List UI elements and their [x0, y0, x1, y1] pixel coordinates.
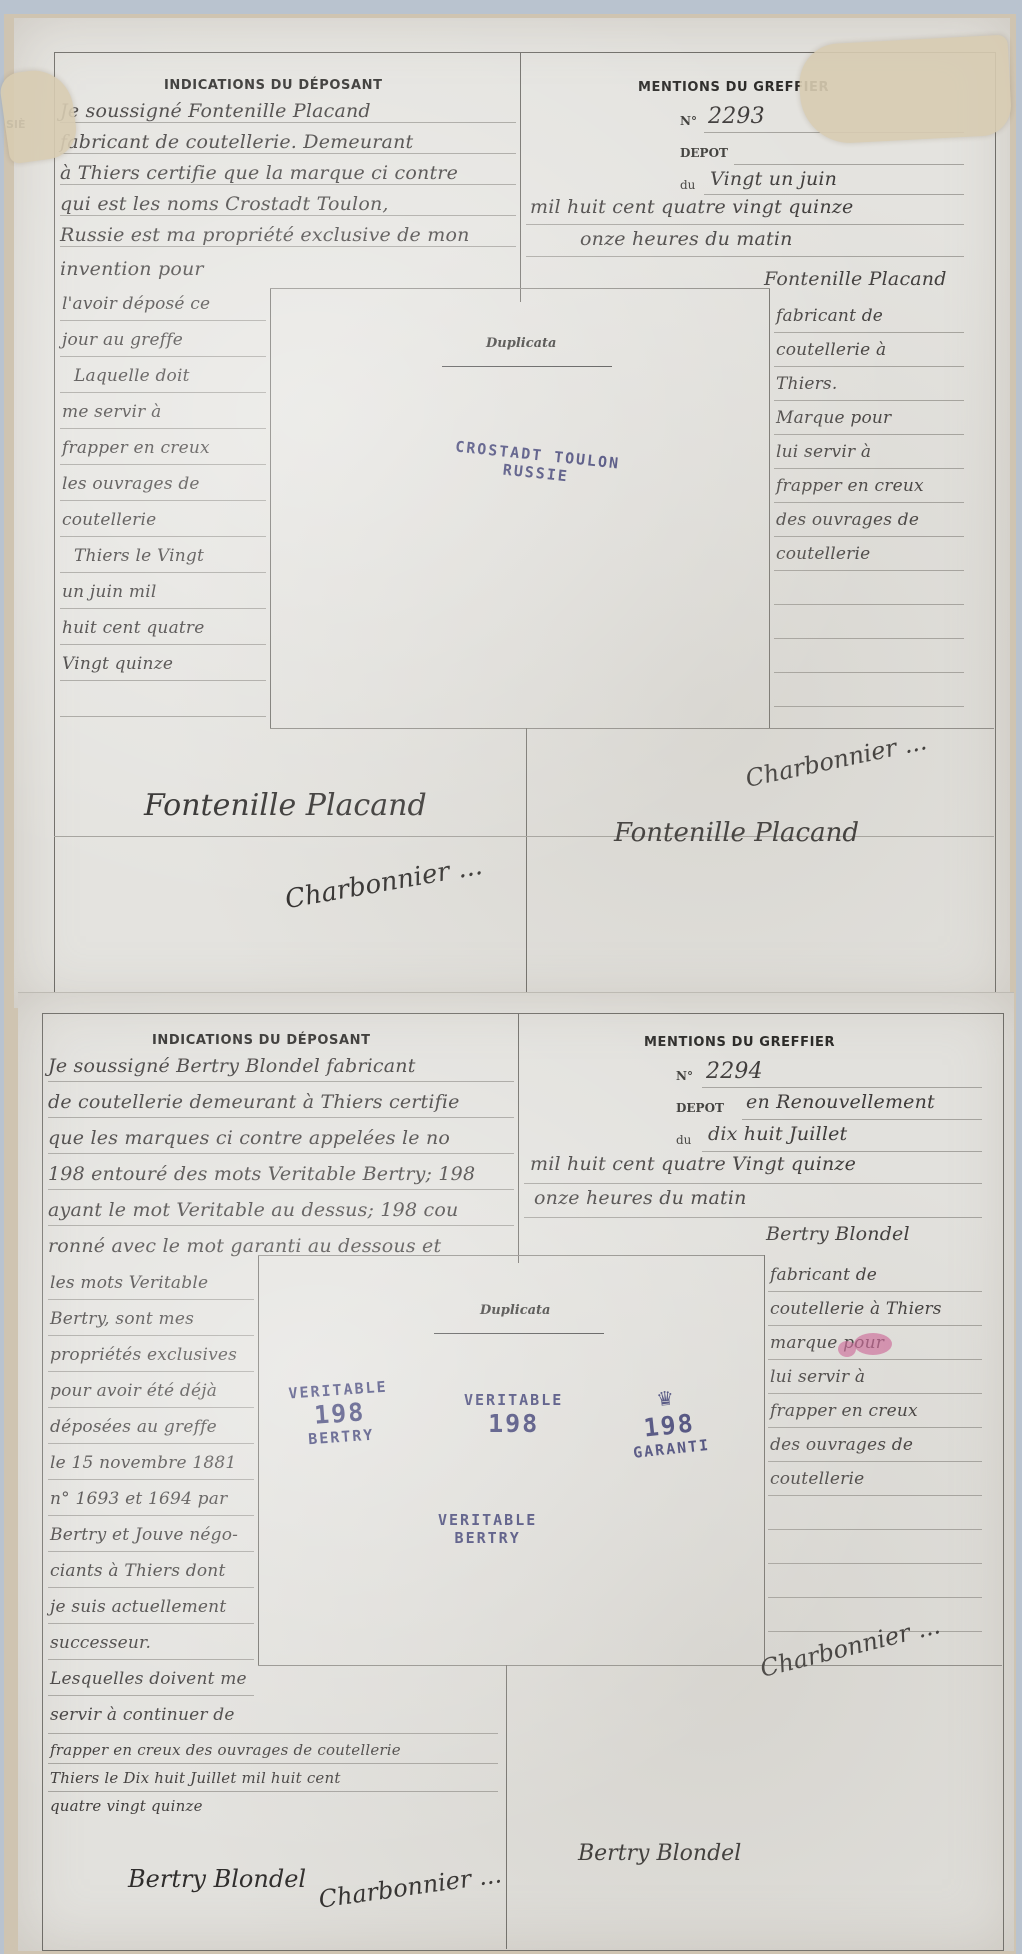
number-label: N° — [680, 114, 697, 128]
handwritten-line: à Thiers certifie que la marque ci contr… — [60, 162, 458, 184]
handwritten-line: Thiers. — [776, 374, 837, 394]
ruled-line — [60, 356, 266, 357]
registration-number: 2293 — [708, 104, 765, 129]
handwritten-line: frapper en creux des ouvrages de coutell… — [50, 1741, 401, 1759]
handwritten-line: Vingt quinze — [62, 654, 173, 674]
tape-fragment — [798, 35, 1013, 146]
handwritten-line: Fontenille Placand — [764, 268, 947, 290]
ruled-line — [48, 1189, 514, 1190]
handwritten-line: ciants à Thiers dont — [50, 1561, 225, 1581]
ruled-line — [768, 1291, 982, 1292]
handwritten-line: successeur. — [50, 1633, 151, 1653]
ruled-line — [48, 1587, 254, 1588]
depositant-header: INDICATIONS DU DÉPOSANT — [152, 1033, 371, 1048]
column-divider — [764, 1255, 765, 1665]
handwritten-line: Laquelle doit — [74, 366, 190, 386]
handwritten-line: invention pour — [60, 258, 204, 280]
ruled-line — [768, 1563, 982, 1564]
stamp-text: VERITABLE — [464, 1391, 563, 1409]
ruled-line — [768, 1359, 982, 1360]
section-divider — [270, 288, 770, 289]
handwritten-line: huit cent quatre — [62, 618, 205, 638]
handwritten-line: un juin mil — [62, 582, 157, 602]
trademark-stamp-crown-198-garanti: ♛ 198 GARANTI — [626, 1379, 711, 1462]
handwritten-line: me servir à — [62, 402, 161, 422]
ruled-line — [60, 608, 266, 609]
handwritten-line: l'avoir déposé ce — [62, 294, 210, 314]
ruled-line — [774, 332, 964, 333]
deposit-date: Vingt un juin — [710, 168, 837, 190]
ruled-line — [704, 194, 964, 195]
ruled-line — [48, 1479, 254, 1480]
handwritten-line: déposées au greffe — [50, 1417, 217, 1437]
handwritten-line: Je soussigné Bertry Blondel fabricant — [48, 1055, 416, 1077]
handwritten-line: frapper en creux — [62, 438, 210, 458]
record-sheet-2293: INDICATIONS DU DÉPOSANT MENTIONS DU GREF… — [14, 18, 1010, 1008]
column-divider — [270, 288, 271, 728]
ruled-line — [774, 468, 964, 469]
duplicata-underline — [434, 1333, 604, 1334]
handwritten-line: le 15 novembre 1881 — [50, 1453, 236, 1473]
handwritten-line: coutellerie — [62, 510, 156, 530]
handwritten-line: fabricant de — [770, 1265, 877, 1285]
handwritten-line: mil huit cent quatre Vingt quinze — [530, 1153, 856, 1175]
ruled-line — [60, 184, 516, 185]
ruled-line — [48, 1515, 254, 1516]
handwritten-line: ayant le mot Veritable au dessus; 198 co… — [48, 1199, 458, 1221]
depot-label: DEPOT — [680, 146, 728, 160]
depositant-header: INDICATIONS DU DÉPOSANT — [164, 78, 383, 93]
column-divider — [520, 52, 521, 302]
number-label: N° — [676, 1069, 693, 1083]
section-divider — [270, 728, 994, 729]
ruled-line — [60, 246, 516, 247]
ruled-line — [48, 1371, 254, 1372]
ruled-line — [774, 638, 964, 639]
ruled-line — [48, 1299, 254, 1300]
ruled-line — [48, 1763, 498, 1764]
handwritten-line: 198 entouré des mots Veritable Bertry; 1… — [48, 1163, 475, 1185]
ruled-line — [48, 1551, 254, 1552]
ruled-line — [48, 1407, 254, 1408]
handwritten-line: les ouvrages de — [62, 474, 200, 494]
record-sheet-2294: INDICATIONS DU DÉPOSANT MENTIONS DU GREF… — [18, 992, 1014, 1951]
column-divider — [518, 1013, 519, 1263]
handwritten-line: Russie est ma propriété exclusive de mon — [60, 224, 470, 246]
trademark-stamp-veritable-198-bertry: VERITABLE 198 BERTRY — [288, 1378, 392, 1450]
handwritten-line: pour avoir été déjà — [50, 1381, 217, 1401]
ruled-line — [60, 500, 266, 501]
ruled-line — [734, 164, 964, 165]
ruled-line — [768, 1461, 982, 1462]
handwritten-line: lui servir à — [776, 442, 871, 462]
handwritten-line: fabricant de — [776, 306, 883, 326]
handwritten-line: mil huit cent quatre vingt quinze — [530, 196, 853, 218]
handwritten-line: ronné avec le mot garanti au dessous et — [48, 1235, 441, 1257]
ruled-line — [768, 1495, 982, 1496]
trademark-stamp-veritable-bertry: VERITABLE BERTRY — [438, 1511, 537, 1547]
depositant-signature-copy: Fontenille Placand — [614, 818, 859, 848]
ruled-line — [702, 1151, 982, 1152]
ruled-line — [768, 1597, 982, 1598]
greffier-header: MENTIONS DU GREFFIER — [644, 1035, 835, 1050]
ruled-line — [48, 1623, 254, 1624]
ruled-line — [526, 224, 964, 225]
ruled-line — [48, 1733, 498, 1734]
ruled-line — [48, 1153, 514, 1154]
handwritten-line: n° 1693 et 1694 par — [50, 1489, 227, 1509]
handwritten-line: Thiers le Vingt — [74, 546, 204, 566]
handwritten-line: servir à continuer de — [50, 1705, 235, 1725]
handwritten-line: je suis actuellement — [50, 1597, 226, 1617]
du-label: du — [680, 178, 695, 192]
depositant-signature-copy: Bertry Blondel — [578, 1841, 741, 1866]
handwritten-line: Lesquelles doivent me — [50, 1669, 247, 1689]
ruled-line — [768, 1393, 982, 1394]
section-divider — [258, 1665, 1002, 1666]
ruled-line — [60, 716, 266, 717]
ruled-line — [526, 256, 964, 257]
ruled-line — [774, 570, 964, 571]
handwritten-line: lui servir à — [770, 1367, 865, 1387]
handwritten-line: des ouvrages de — [776, 510, 919, 530]
deposit-date: dix huit Juillet — [708, 1123, 847, 1145]
ink-stain — [854, 1333, 892, 1355]
handwritten-line: Thiers le Dix huit Juillet mil huit cent — [50, 1769, 341, 1787]
ruled-line — [60, 464, 266, 465]
ruled-line — [774, 536, 964, 537]
ruled-line — [60, 153, 516, 154]
ruled-line — [60, 215, 516, 216]
handwritten-line: de coutellerie demeurant à Thiers certif… — [48, 1091, 460, 1113]
ruled-line — [60, 428, 266, 429]
ruled-line — [768, 1529, 982, 1530]
ruled-line — [60, 122, 516, 123]
handwritten-line: des ouvrages de — [770, 1435, 913, 1455]
ruled-line — [742, 1119, 982, 1120]
ruled-line — [702, 1087, 982, 1088]
depositant-signature: Fontenille Placand — [144, 788, 427, 823]
handwritten-line: coutellerie — [776, 544, 870, 564]
handwritten-line: jour au greffe — [62, 330, 183, 350]
ruled-line — [774, 366, 964, 367]
ruled-line — [48, 1225, 514, 1226]
ruled-line — [48, 1335, 254, 1336]
handwritten-line: Bertry et Jouve négo- — [50, 1525, 238, 1545]
handwritten-line: quatre vingt quinze — [50, 1797, 203, 1815]
handwritten-line: frapper en creux — [770, 1401, 918, 1421]
column-divider — [526, 728, 527, 1002]
registration-number: 2294 — [706, 1059, 763, 1084]
ruled-line — [60, 644, 266, 645]
ruled-line — [48, 1081, 514, 1082]
duplicata-underline — [442, 366, 612, 367]
handwritten-line: coutellerie à Thiers — [770, 1299, 942, 1319]
handwritten-line: propriétés exclusives — [50, 1345, 237, 1365]
ruled-line — [768, 1325, 982, 1326]
handwritten-line: onze heures du matin — [580, 228, 793, 250]
column-divider — [769, 288, 770, 728]
ruled-line — [774, 502, 964, 503]
column-divider — [506, 1665, 507, 1949]
ruled-line — [60, 680, 266, 681]
du-label: du — [676, 1133, 691, 1147]
stamp-text: BERTRY — [438, 1529, 537, 1547]
ruled-line — [774, 706, 964, 707]
handwritten-line: coutellerie à — [776, 340, 886, 360]
ruled-line — [768, 1427, 982, 1428]
ruled-line — [774, 604, 964, 605]
ruled-line — [774, 434, 964, 435]
ink-stain — [838, 1341, 856, 1357]
depot-label: DEPOT — [676, 1101, 724, 1115]
handwritten-line: qui est les noms Crostadt Toulon, — [60, 193, 389, 215]
ruled-line — [48, 1659, 254, 1660]
handwritten-line: les mots Veritable — [50, 1273, 208, 1293]
handwritten-line: frapper en creux — [776, 476, 924, 496]
ruled-line — [48, 1443, 254, 1444]
ruled-line — [48, 1117, 514, 1118]
ruled-line — [48, 1695, 254, 1696]
ruled-line — [524, 1217, 982, 1218]
ruled-line — [48, 1791, 498, 1792]
handwritten-line: Bertry, sont mes — [50, 1309, 194, 1329]
trademark-stamp-veritable-198: VERITABLE 198 — [464, 1391, 563, 1438]
ruled-line — [60, 536, 266, 537]
handwritten-line: Marque pour — [776, 408, 891, 428]
handwritten-line: Bertry Blondel — [766, 1223, 910, 1245]
column-divider — [258, 1255, 259, 1665]
ruled-line — [60, 572, 266, 573]
duplicata-label: Duplicata — [486, 336, 556, 351]
stamp-text: VERITABLE — [438, 1511, 537, 1529]
ruled-line — [60, 320, 266, 321]
stamp-number: 198 — [464, 1409, 563, 1438]
handwritten-line: que les marques ci contre appelées le no — [48, 1127, 450, 1149]
duplicata-label: Duplicata — [480, 1303, 550, 1318]
ruled-line — [60, 392, 266, 393]
handwritten-line: coutellerie — [770, 1469, 864, 1489]
depositant-signature: Bertry Blondel — [128, 1865, 306, 1893]
handwritten-line: onze heures du matin — [534, 1187, 747, 1209]
handwritten-line: fabricant de coutellerie. Demeurant — [60, 131, 413, 153]
ruled-line — [774, 400, 964, 401]
depot-note: en Renouvellement — [746, 1091, 935, 1113]
handwritten-line: Je soussigné Fontenille Placand — [60, 100, 371, 122]
ruled-line — [524, 1183, 982, 1184]
ruled-line — [774, 672, 964, 673]
